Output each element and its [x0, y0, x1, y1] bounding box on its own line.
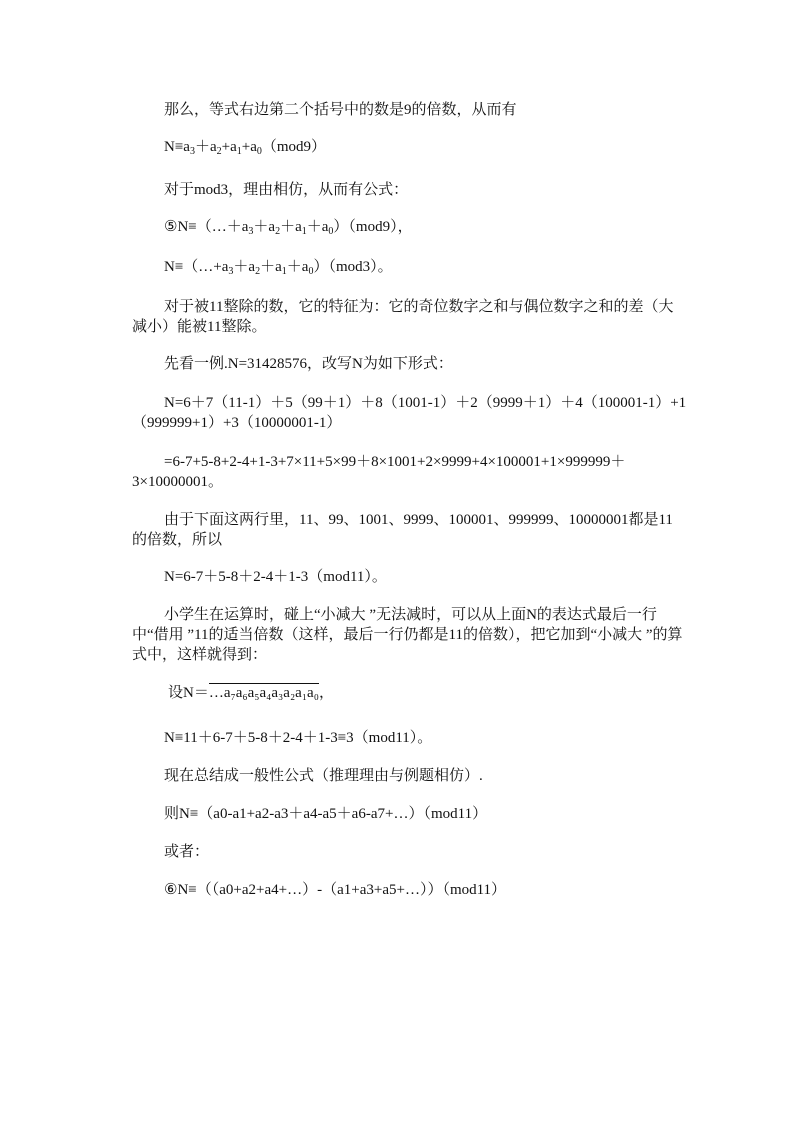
- formula-general-mod11: 则N≡（a0-a1+a2-a3＋a4-a5＋a6-a7+…）（mod11）: [164, 804, 487, 824]
- paragraph-mod3: 对于mod3，理由相仿，从而有公式：: [132, 180, 687, 200]
- formula-5-mod9: ⑤N≡（…＋a3＋a2＋a1＋a0）（mod9），: [164, 217, 413, 237]
- formula-mod11-borrow: N≡11＋6-7＋5-8＋2-4＋1-3≡3（mod11）。: [164, 728, 432, 748]
- paragraph-or: 或者：: [164, 842, 209, 862]
- formula-set-n: 设N＝…a₇a₆a₅a₄a₃a₂a₁a₀，: [168, 683, 334, 703]
- formula-expansion: N=6＋7（11-1）＋5（99＋1）＋8（1001-1）＋2（9999＋1）＋…: [132, 393, 687, 433]
- formula-regrouped: =6-7+5-8+2-4+1-3+7×11+5×99＋8×1001+2×9999…: [132, 452, 687, 492]
- paragraph-intro: 那么，等式右边第二个括号中的数是9的倍数，从而有: [132, 100, 687, 120]
- paragraph-multiples-of-11: 由于下面这两行里，11、99、1001、9999、100001、999999、1…: [132, 510, 687, 550]
- paragraph-mod11-rule: 对于被11整除的数，它的特征为：它的奇位数字之和与偶位数字之和的差（大减小）能被…: [132, 297, 687, 337]
- paragraph-borrow: 小学生在运算时，碰上“小减大 ”无法减时，可以从上面N的表达式最后一行中“借用 …: [132, 605, 687, 665]
- formula-mod9-simple: N≡a3＋a2+a1+a0（mod9）: [164, 137, 326, 157]
- paragraph-example: 先看一例.N=31428576，改写N为如下形式：: [132, 354, 687, 374]
- formula-mod11-example: N=6-7＋5-8＋2-4＋1-3（mod11）。: [164, 567, 387, 587]
- paragraph-general: 现在总结成一般性公式（推理理由与例题相仿）.: [164, 766, 483, 786]
- digit-sequence-overline: …a₇a₆a₅a₄a₃a₂a₁a₀: [209, 683, 319, 701]
- formula-mod3: N≡（…+a3＋a2＋a1＋a0）（mod3）。: [164, 257, 393, 277]
- formula-6-mod11: ⑥N≡（（a0+a2+a4+…）-（a1+a3+a5+…））（mod11）: [164, 880, 506, 900]
